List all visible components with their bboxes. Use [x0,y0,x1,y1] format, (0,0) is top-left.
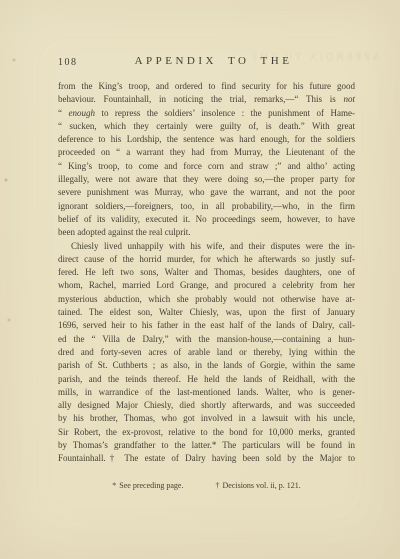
text-line: parish of St. Cuthberts ; as also, in th… [58,359,355,372]
text-line: Fountainhall.† The estate of Dalry havin… [58,452,355,465]
running-header: APPENDIX TO THE [58,55,355,67]
page-header: 108 APPENDIX TO THE [58,55,355,69]
text-line: deference to his Lordship, the sentence … [58,133,355,146]
footnote: †Decisions vol. ii, p. 121. [215,481,300,490]
text-line: illegally, were not aware that they were… [58,173,355,186]
text-line: “ sucken, which they certainly were guil… [58,120,355,133]
text-line: direct cause of the horrid murder, for w… [58,253,355,266]
text-line: 1696, served heir to his father in the e… [58,319,355,332]
text-line: ally designed Major Chiesly, died shortl… [58,399,355,412]
footnote: *See preceding page. [112,481,183,490]
text-line: ed the “ Villa de Dalry,” with the mansi… [58,333,355,346]
text-line: severe punishment was Murray, who gave t… [58,186,355,199]
text-line: mills, in warrandice of the last-mention… [58,386,355,399]
text-line: Chiesly lived unhappily with his wife, a… [58,240,355,253]
book-page: APPENDIX TO THE 108 APPENDIX TO THE from… [0,0,400,559]
text-line: dred and forty-seven acres of arable lan… [58,346,355,359]
text-line: Sir Robert, the ex-provost, relative to … [58,426,355,439]
footnote-text: See preceding page. [119,481,183,490]
footnote-text: Decisions vol. ii, p. 121. [222,481,300,490]
text-line: fered. He left two sons, Walter and Thom… [58,266,355,279]
text-line: ignorant soldiers,—foreigners, too, in a… [58,200,355,213]
page-number: 108 [58,57,78,68]
text-line: belief of its validity, executed it. No … [58,213,355,226]
text-line: from the King’s troop, and ordered to fi… [58,80,355,93]
text-line: behaviour. Fountainhall, in noticing the… [58,93,355,106]
text-line: tained. The eldest son, Walter Chiesly, … [58,306,355,319]
text-line: whom, Rachel, married Lord Grange, and p… [58,279,355,292]
text-line: by Thomas’s grandfather to the latter.* … [58,439,355,452]
text-line: mysterious abduction, which she probably… [58,293,355,306]
text-block: from the King’s troop, and ordered to fi… [58,80,355,466]
text-line: parish, and the teinds thereof. He held … [58,373,355,386]
text-line: been adopted against the real culprit. [58,226,355,239]
footnotes: *See preceding page. †Decisions vol. ii,… [58,481,355,490]
text-line: by his brother, Thomas, who got involved… [58,412,355,425]
text-line: “ enough to repress the soldiers’ insole… [58,107,355,120]
text-line: “ King’s troop, to come and force corn a… [58,160,355,173]
text-line: proceeded on “ a warrant they had from M… [58,146,355,159]
